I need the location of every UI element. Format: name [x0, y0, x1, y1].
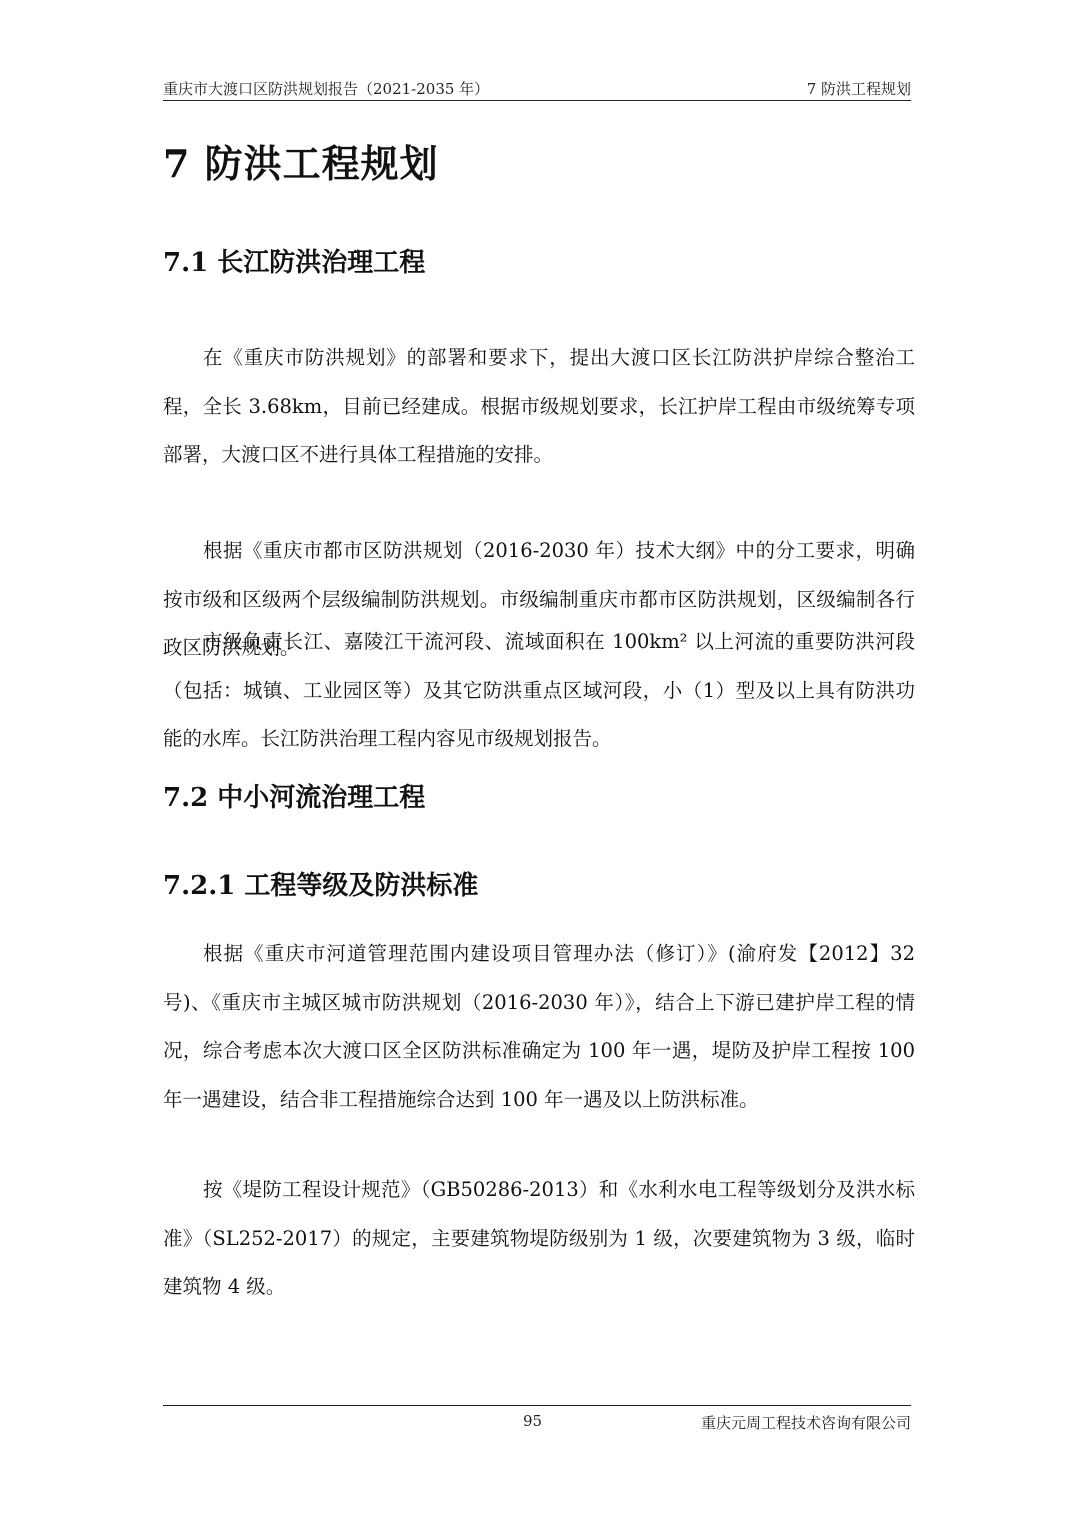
paragraph: 根据《重庆市河道管理范围内建设项目管理办法（修订）》(渝府发【2012】32 号…	[163, 930, 915, 1124]
page-footer: 95 重庆元周工程技术咨询有限公司	[163, 1405, 911, 1436]
paragraph: 市级负责长江、嘉陵江干流河段、流域面积在 100km² 以上河流的重要防洪河段（…	[163, 618, 915, 764]
paragraph: 按《堤防工程设计规范》（GB50286-2013）和《水利水电工程等级划分及洪水…	[163, 1166, 915, 1312]
section-heading-7-1: 7.1 长江防洪治理工程	[163, 242, 425, 279]
subsection-heading-7-2-1: 7.2.1 工程等级及防洪标准	[163, 865, 478, 902]
footer-company: 重庆元周工程技术咨询有限公司	[701, 1412, 911, 1433]
header-report-title: 重庆市大渡口区防洪规划报告（2021-2035 年）	[163, 78, 489, 99]
page-header: 重庆市大渡口区防洪规划报告（2021-2035 年） 7 防洪工程规划	[163, 76, 911, 101]
section-heading-7-2: 7.2 中小河流治理工程	[163, 777, 425, 814]
page-number: 95	[523, 1412, 542, 1430]
paragraph: 在《重庆市防洪规划》的部署和要求下，提出大渡口区长江防洪护岸综合整治工程，全长 …	[163, 334, 915, 480]
chapter-title: 7 防洪工程规划	[163, 133, 439, 188]
header-chapter: 7 防洪工程规划	[807, 78, 911, 99]
